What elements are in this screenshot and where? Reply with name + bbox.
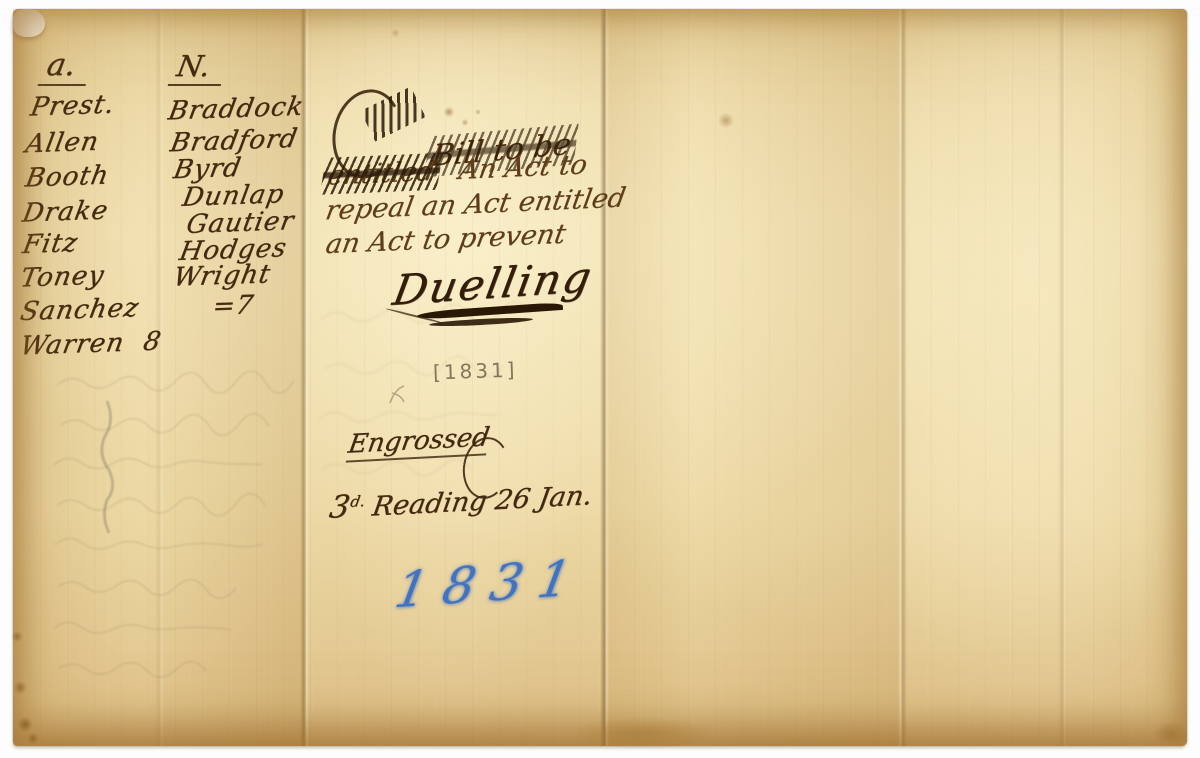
year-stamp-blue: 1831 bbox=[390, 549, 590, 620]
fold-crease bbox=[1058, 9, 1067, 746]
pencil-year-note: [1831] bbox=[433, 358, 518, 385]
fold-crease bbox=[898, 9, 907, 746]
ayes-total: 8 bbox=[141, 327, 164, 358]
bill-subject: Duelling bbox=[389, 252, 597, 315]
nays-total: =7 bbox=[210, 290, 256, 321]
strike-scribble bbox=[320, 153, 443, 195]
aye-name: Booth bbox=[23, 161, 111, 194]
stain bbox=[17, 717, 33, 732]
title-line-4: an Act to prevent bbox=[323, 219, 568, 260]
reading-ordinal: d. bbox=[349, 492, 366, 511]
aye-name: Drake bbox=[20, 196, 111, 229]
nay-name: Braddock bbox=[166, 92, 307, 127]
ghost-writing bbox=[44, 367, 318, 702]
aye-name: Fitz bbox=[20, 228, 80, 260]
stain bbox=[443, 107, 455, 117]
aye-name: Warren 8 bbox=[18, 327, 164, 362]
stain bbox=[475, 109, 481, 115]
nays-header: N. bbox=[168, 49, 227, 86]
fold-crease bbox=[155, 9, 164, 746]
ghost-writing bbox=[313, 299, 573, 509]
stain bbox=[13, 681, 27, 694]
aye-name: Allen bbox=[23, 127, 101, 160]
stain bbox=[1153, 721, 1189, 747]
stain bbox=[11, 631, 23, 642]
fold-crease bbox=[600, 9, 609, 746]
stain bbox=[27, 733, 39, 744]
reading-note: 3d. Reading 26 Jan. bbox=[327, 476, 595, 526]
stain bbox=[391, 29, 400, 37]
aye-name: Toney bbox=[18, 261, 107, 294]
aye-name-label: Warren bbox=[18, 328, 127, 362]
fold-panel bbox=[902, 9, 1187, 746]
aye-name: Sanchez bbox=[18, 293, 142, 327]
nay-name: Wright bbox=[171, 259, 273, 292]
title-text: An Act to bbox=[457, 149, 590, 185]
manuscript-paper: a. Prest. Allen Booth Drake Fitz Toney S… bbox=[13, 9, 1187, 746]
aye-name: Prest. bbox=[28, 90, 117, 123]
paper-tear bbox=[13, 9, 45, 37]
ayes-header: a. bbox=[38, 47, 93, 86]
pencil-doodle bbox=[385, 381, 411, 409]
struck-word: entitled bbox=[325, 156, 437, 192]
stain bbox=[573, 717, 713, 749]
stain bbox=[461, 119, 469, 126]
reading-text: Reading 26 Jan. bbox=[370, 480, 595, 522]
fold-panel bbox=[604, 9, 902, 746]
stain bbox=[717, 113, 735, 128]
ghost-pencil-mark bbox=[93, 397, 119, 537]
